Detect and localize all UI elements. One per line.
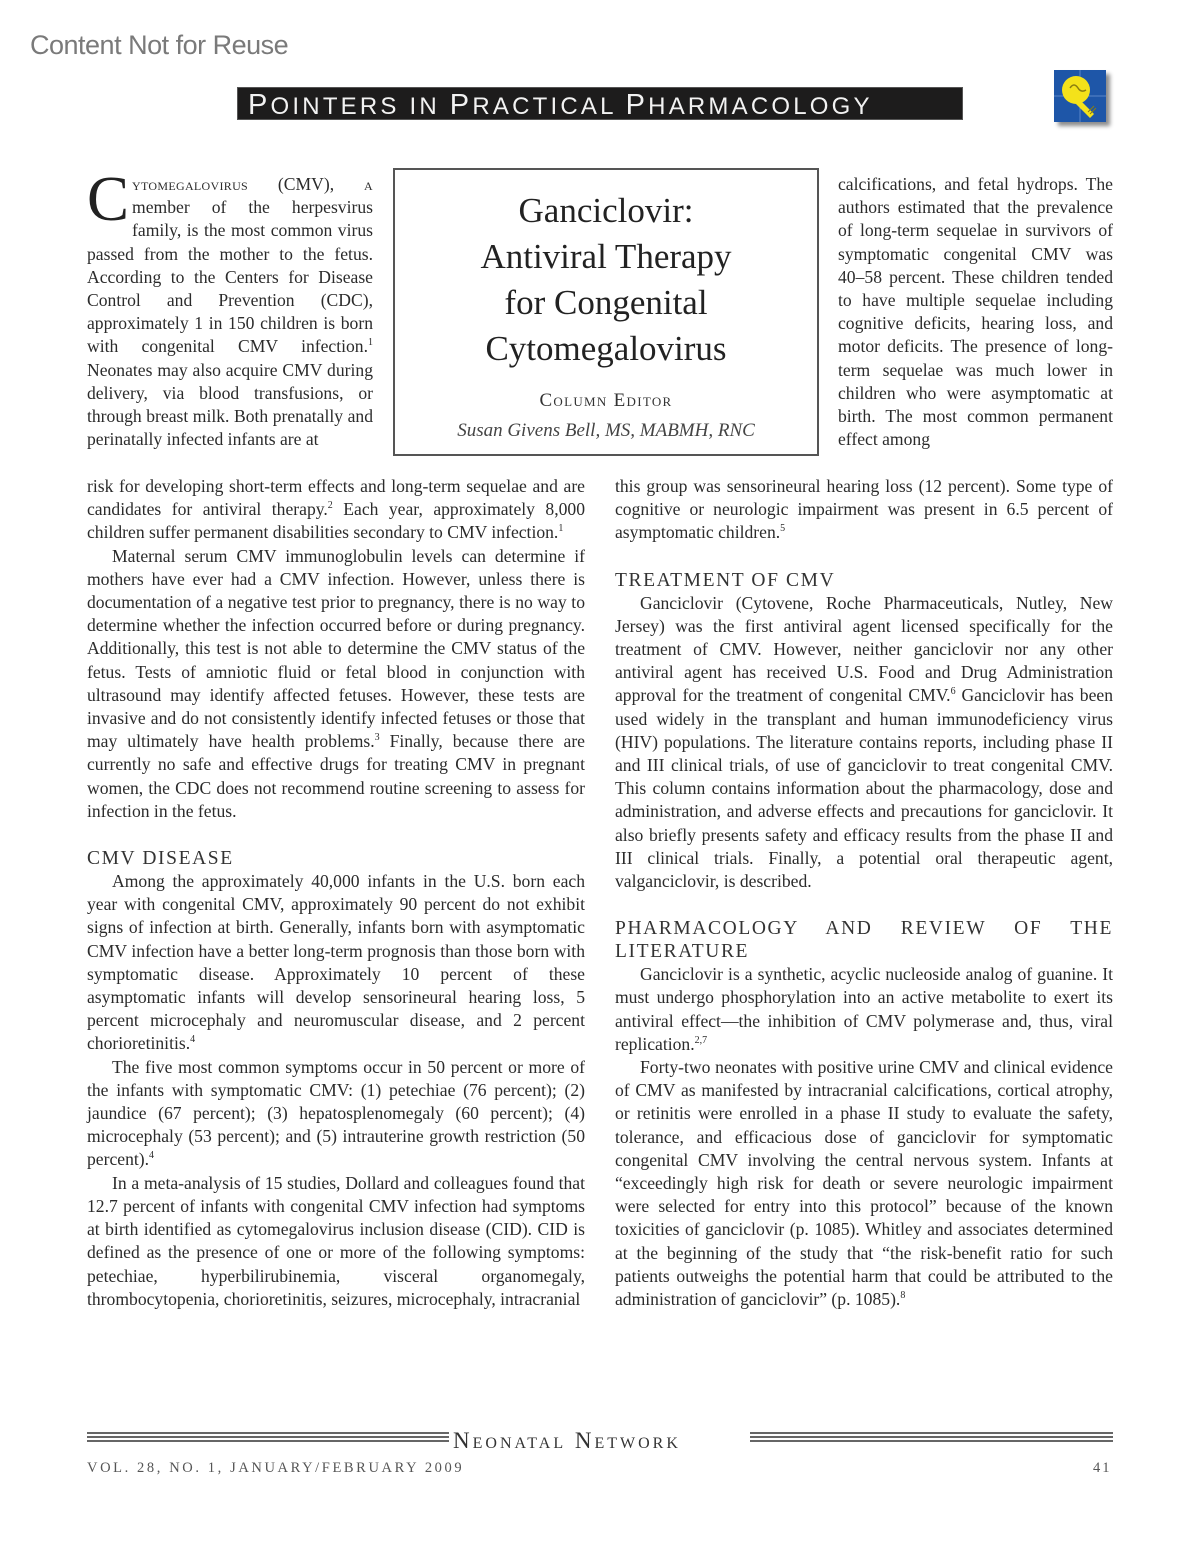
footer-rule-left	[87, 1432, 449, 1444]
banner-title: POINTERS IN PRACTICAL PHARMACOLOGY	[248, 89, 873, 122]
pharmacology-paragraph-1: Ganciclovir is a synthetic, acyclic nucl…	[615, 963, 1113, 1056]
section-heading-pharmacology: Pharmacology and Review of the Literatur…	[615, 917, 1113, 963]
left-column: risk for developing short-term effects a…	[87, 475, 585, 1311]
cmv-disease-paragraph-2: The five most common symptoms occur in 5…	[87, 1056, 585, 1172]
cid-continuation-lower: this group was sensorineural hearing los…	[615, 475, 1113, 545]
intro-column-upper: Cytomegalovirus (CMV), a member of the h…	[87, 173, 373, 451]
cid-continuation-upper: calcifications, and fetal hydrops. The a…	[838, 173, 1113, 451]
drop-cap: C	[87, 175, 129, 223]
screening-paragraph: Maternal serum CMV immunoglobulin levels…	[87, 545, 585, 823]
lightbulb-puzzle-icon	[1054, 70, 1106, 122]
pharmacology-paragraph-2: Forty-two neonates with positive urine C…	[615, 1056, 1113, 1311]
page-number: 41	[1093, 1460, 1112, 1477]
section-heading-treatment: Treatment of CMV	[615, 569, 1113, 592]
article-title-box: Ganciclovir: Antiviral Therapy for Conge…	[393, 168, 819, 456]
cmv-disease-paragraph-1: Among the approximately 40,000 infants i…	[87, 870, 585, 1056]
cmv-disease-paragraph-3: In a meta-analysis of 15 studies, Dollar…	[87, 1172, 585, 1311]
section-heading-cmv-disease: CMV Disease	[87, 847, 585, 870]
right-column: this group was sensorineural hearing los…	[615, 475, 1113, 1311]
intro-paragraph-continued: risk for developing short-term effects a…	[87, 475, 585, 545]
journal-name: Neonatal Network	[453, 1428, 681, 1454]
footer-rule-right	[750, 1432, 1113, 1444]
treatment-paragraph: Ganciclovir (Cytovene, Roche Pharmaceuti…	[615, 592, 1113, 894]
article-title: Ganciclovir: Antiviral Therapy for Conge…	[395, 188, 817, 372]
intro-paragraph: Cytomegalovirus (CMV), a member of the h…	[87, 173, 373, 451]
column-banner: POINTERS IN PRACTICAL PHARMACOLOGY	[237, 87, 963, 120]
watermark: Content Not for Reuse	[30, 30, 288, 61]
issue-info: VOL. 28, NO. 1, JANUARY/FEBRUARY 2009	[87, 1460, 464, 1477]
column-editor-label: Column Editor	[395, 390, 817, 412]
editor-name: Susan Givens Bell, MS, MABMH, RNC	[395, 420, 817, 442]
